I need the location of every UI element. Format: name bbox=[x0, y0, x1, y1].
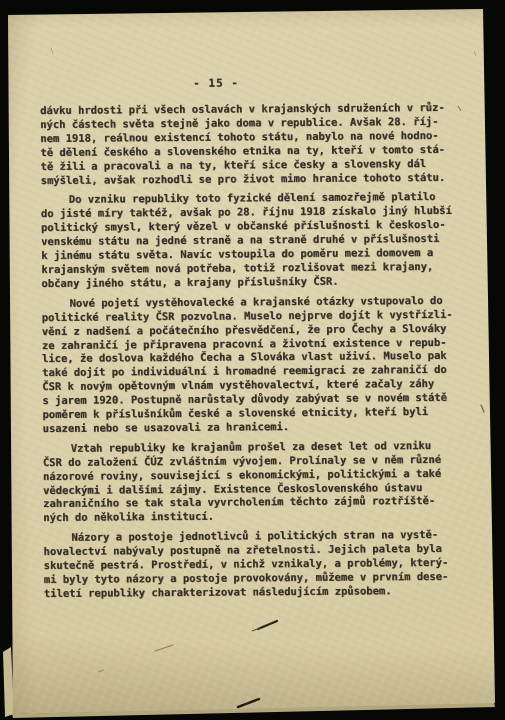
paragraph: Nové pojetí vystěhovalecké a krajanské o… bbox=[42, 295, 455, 437]
text-line: usazeni nebo se usazovali za hranicemi. bbox=[42, 420, 454, 437]
text-line: ných do několika institucí. bbox=[43, 509, 455, 526]
text-line: smýšleli, avšak rozhodli se pro život mi… bbox=[41, 171, 453, 188]
document-page: - 15 - dávku hrdosti při všech oslavách … bbox=[0, 0, 505, 720]
paragraph: Do vzniku republiky toto fyzické dělení … bbox=[41, 191, 454, 292]
scanned-document-photo: - 15 - dávku hrdosti při všech oslavách … bbox=[0, 0, 505, 720]
text-line: občany jiného státu, a krajany příslušní… bbox=[41, 275, 453, 292]
paragraph: Vztah republiky ke krajanům prošel za de… bbox=[43, 440, 456, 527]
paragraph: dávku hrdosti při všech oslavách v kraja… bbox=[40, 102, 453, 189]
page-number: - 15 - bbox=[40, 75, 392, 91]
page-body: dávku hrdosti při všech oslavách v kraja… bbox=[40, 102, 456, 602]
paragraph: Názory a postoje jednotlivců i politický… bbox=[43, 529, 456, 602]
text-line: tiletí republiky charakterizovat následu… bbox=[44, 585, 456, 602]
